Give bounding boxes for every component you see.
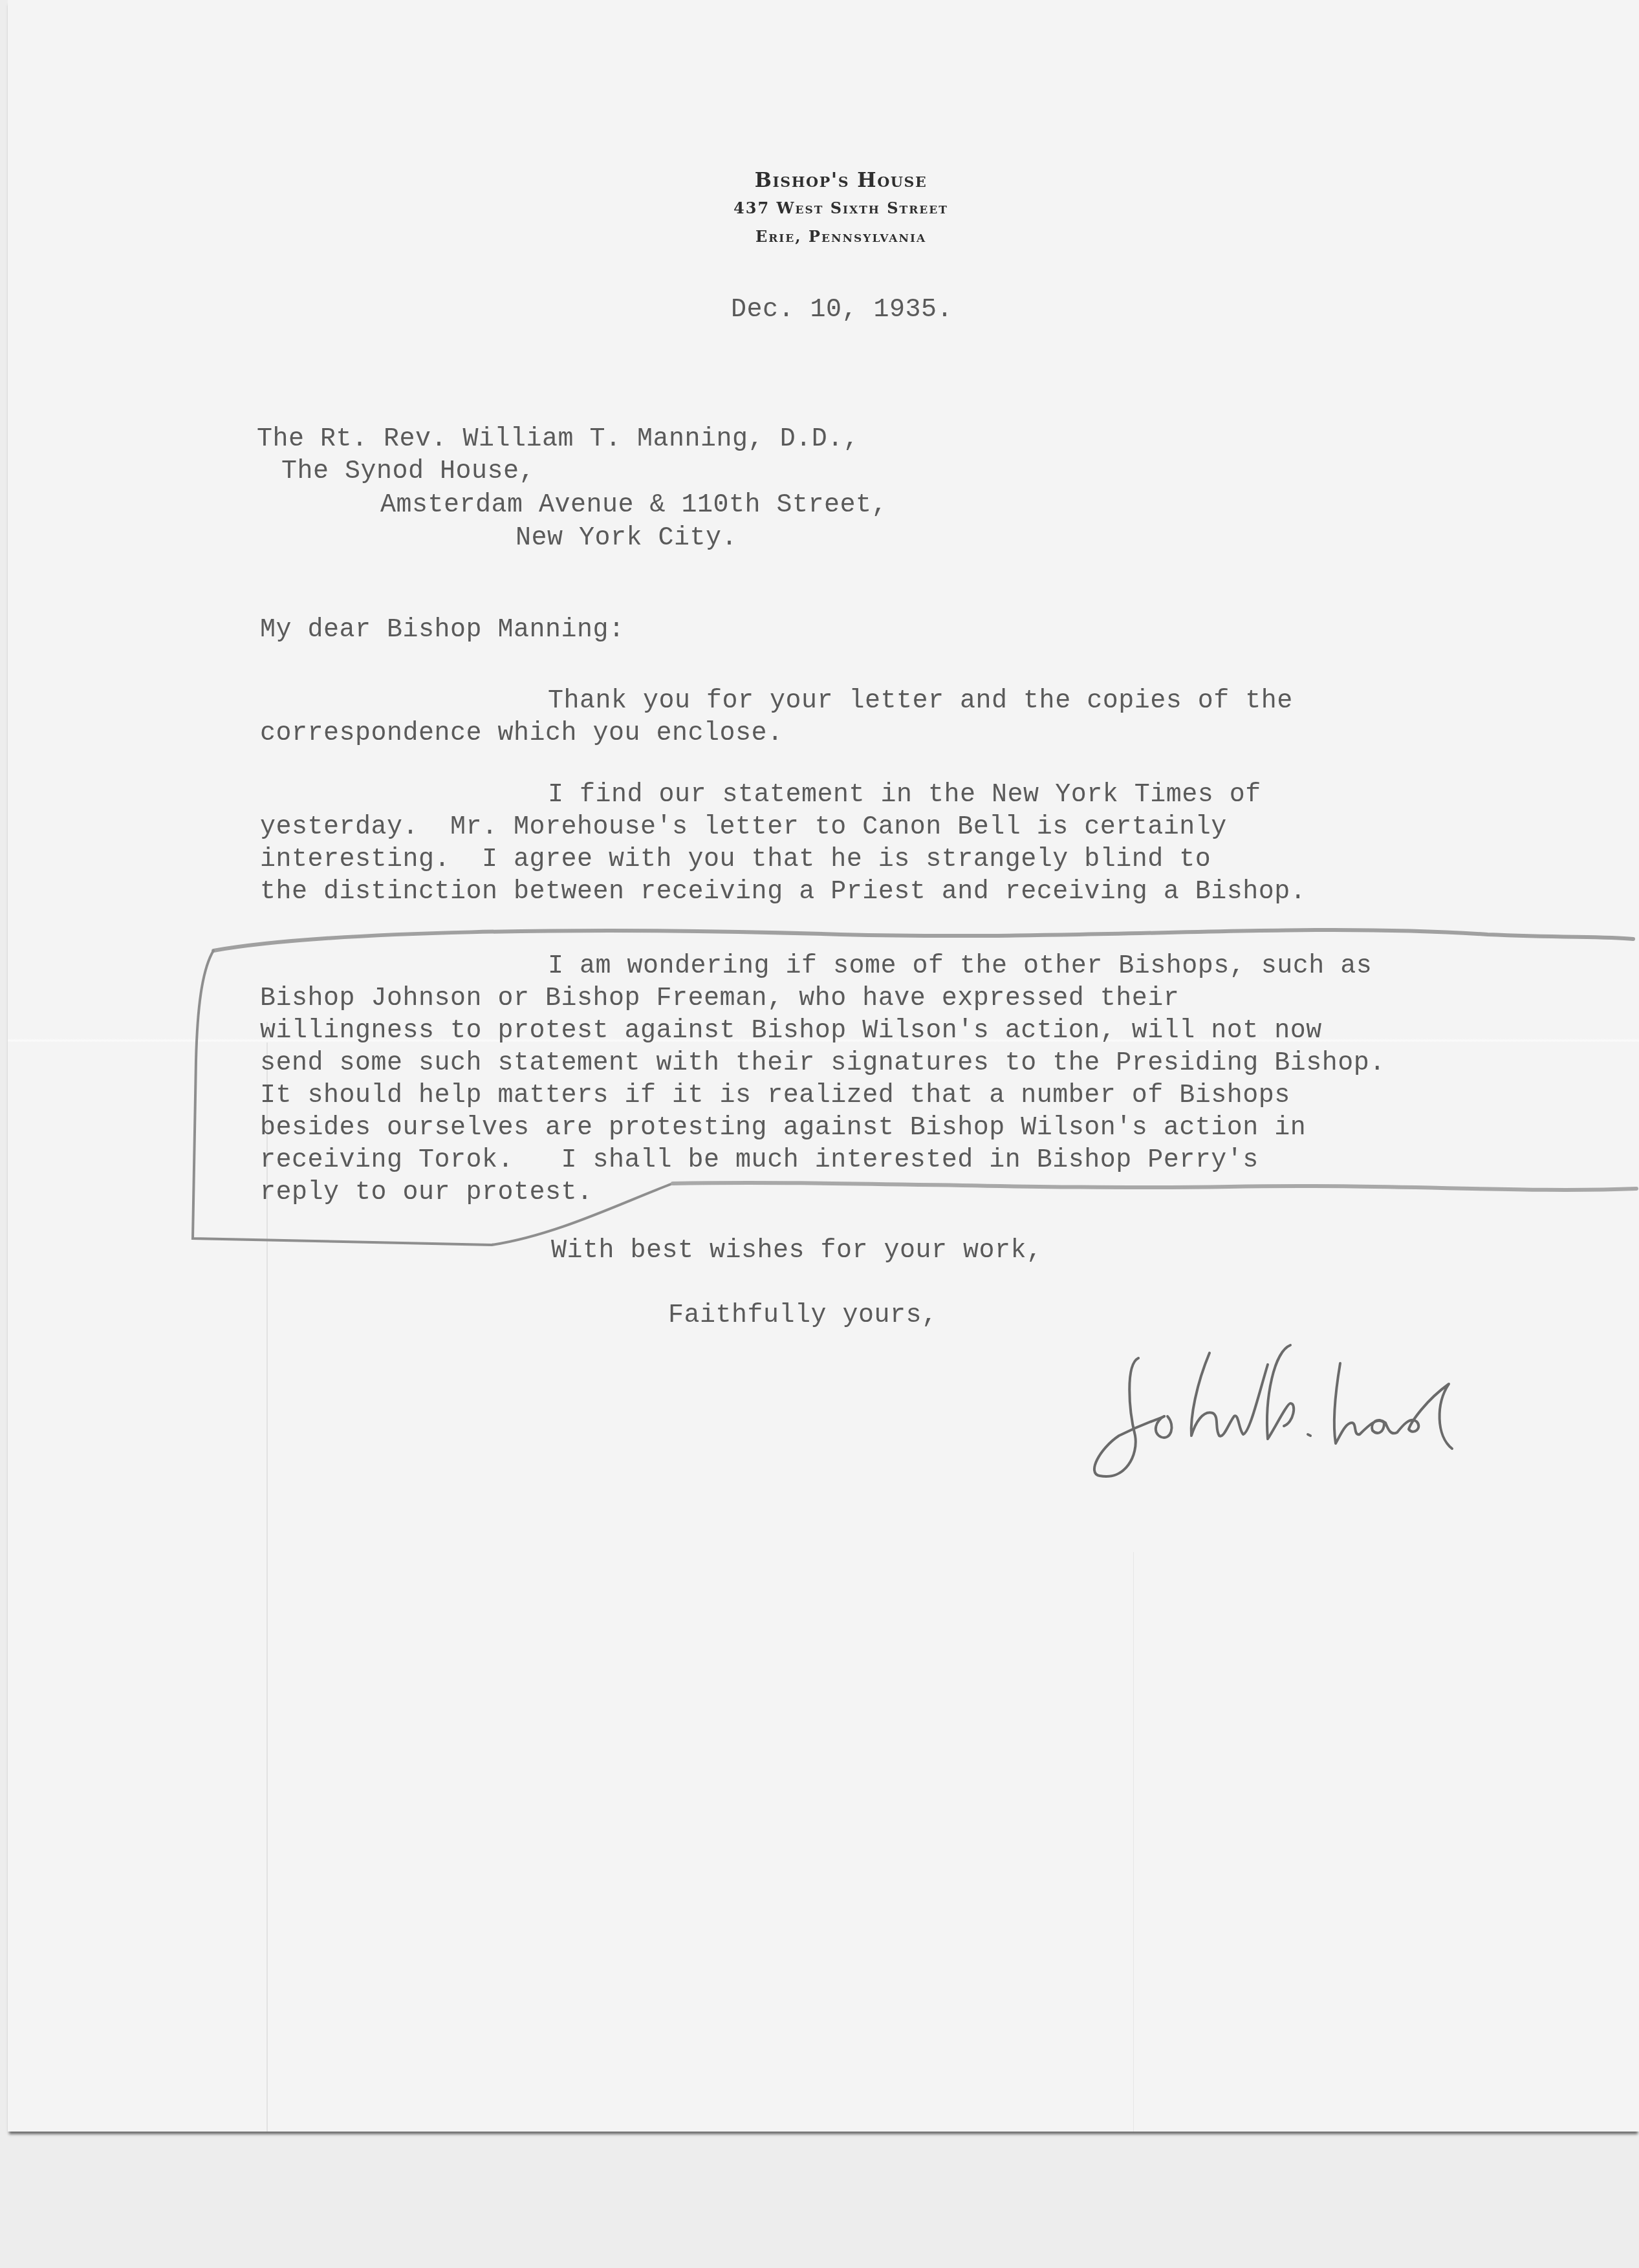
paragraph-line: reply to our protest. (260, 1177, 1618, 1209)
letterhead-address: 437 West Sixth Street (647, 194, 1035, 222)
letterhead-name: Bishop's House (647, 167, 1035, 194)
paragraph-line: besides ourselves are protesting against… (260, 1112, 1618, 1145)
paragraph-1: Thank you for your letter and the copies… (260, 686, 1618, 750)
paragraph-line: I am wondering if some of the other Bish… (260, 951, 1618, 983)
paragraph-line: send some such statement with their sign… (260, 1048, 1618, 1080)
paragraph-line: willingness to protest against Bishop Wi… (260, 1015, 1618, 1048)
recipient-line-1: The Rt. Rev. William T. Manning, D.D., (257, 424, 859, 456)
paragraph-line: the distinction between receiving a Prie… (260, 876, 1618, 909)
paragraph-line: yesterday. Mr. Morehouse's letter to Can… (260, 812, 1618, 844)
signature-handwritten (1074, 1326, 1488, 1481)
paragraph-line: interesting. I agree with you that he is… (260, 844, 1618, 876)
paragraph-3-bracketed: I am wondering if some of the other Bish… (260, 951, 1618, 1209)
paragraph-2: I find our statement in the New York Tim… (260, 779, 1618, 909)
recipient-line-4: New York City. (516, 523, 737, 555)
letterhead-city: Erie, Pennsylvania (647, 222, 1035, 251)
fold-crease-vertical-right (1133, 1552, 1134, 2132)
closing-line-1: With best wishes for your work, (551, 1235, 1043, 1268)
letter-date: Dec. 10, 1935. (731, 294, 953, 327)
paragraph-line: I find our statement in the New York Tim… (260, 779, 1618, 812)
closing-line-2: Faithfully yours, (668, 1300, 938, 1332)
recipient-line-3: Amsterdam Avenue & 110th Street, (380, 490, 887, 522)
letterhead: Bishop's House 437 West Sixth Street Eri… (647, 167, 1035, 251)
paragraph-line: Bishop Johnson or Bishop Freeman, who ha… (260, 983, 1618, 1015)
salutation: My dear Bishop Manning: (260, 614, 625, 647)
paragraph-line: Thank you for your letter and the copies… (260, 686, 1618, 718)
recipient-line-2: The Synod House, (281, 456, 535, 488)
paragraph-line: receiving Torok. I shall be much interes… (260, 1145, 1618, 1177)
paragraph-line: It should help matters if it is realized… (260, 1080, 1618, 1112)
paragraph-line: correspondence which you enclose. (260, 718, 1618, 750)
